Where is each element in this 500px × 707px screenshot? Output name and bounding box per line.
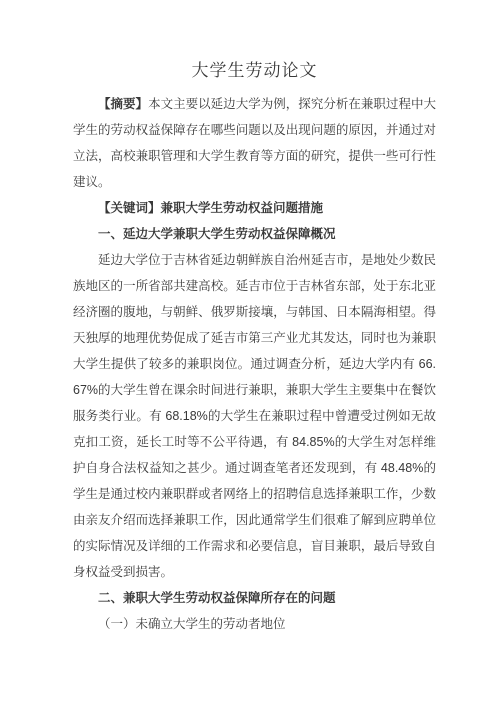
body-paragraph-1: 延边大学位于吉林省延边朝鲜族自治州延吉市，是地处少数民族地区的一所省部共建高校。…	[73, 247, 436, 585]
document-title: 大学生劳动论文	[73, 58, 436, 84]
abstract-label: 【摘要】	[98, 97, 148, 111]
abstract-paragraph: 【摘要】本文主要以延边大学为例，探究分析在兼职过程中大学生的劳动权益保障存在哪些…	[73, 91, 436, 195]
section-heading-1: 一、延边大学兼职大学生劳动权益保障概况	[73, 221, 436, 247]
section-heading-2: 二、兼职大学生劳动权益保障所存在的问题	[73, 585, 436, 611]
document-page: 大学生劳动论文 【摘要】本文主要以延边大学为例，探究分析在兼职过程中大学生的劳动…	[0, 0, 500, 707]
keywords-line: 【关键词】兼职大学生劳动权益问题措施	[73, 195, 436, 221]
document-content: 大学生劳动论文 【摘要】本文主要以延边大学为例，探究分析在兼职过程中大学生的劳动…	[73, 58, 436, 637]
subsection-heading-1: （一）未确立大学生的劳动者地位	[73, 611, 436, 637]
